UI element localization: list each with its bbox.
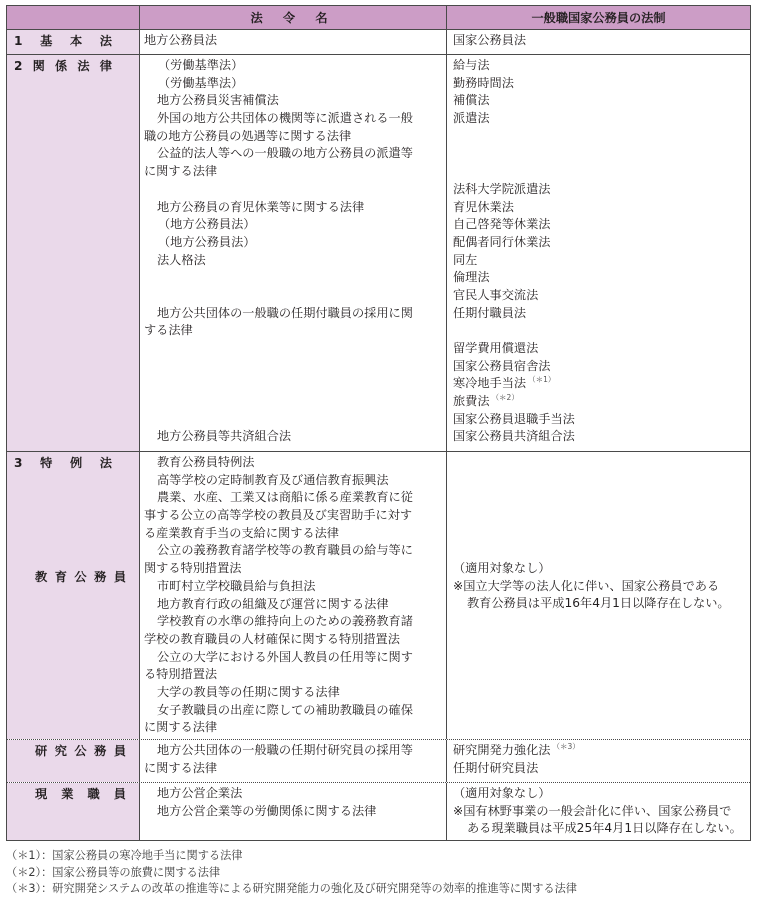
category-char: 2 [14,58,22,76]
category-char: 員 [114,743,126,761]
local-law-item: る特別措置法 [144,666,442,684]
not-applicable-label: （適用対象なし） [453,785,746,803]
category-char: 法 [77,58,89,76]
table-header-row: 法 令 名 一般職国家公務員の法制 [7,6,750,29]
category-char: 教 [35,569,47,587]
category-char: 員 [114,786,126,804]
local-law-item: る産業教育手当の支給に関する法律 [144,525,442,543]
local-law-item [144,340,442,358]
national-law-item: 法科大学院派遣法 [453,181,746,199]
local-law-item: 地方公務員災害補償法 [144,92,442,110]
local-laws-cell: 教育公務員特例法 高等学校の定時制教育及び通信教育振興法 農業、水産、工業又は商… [140,452,447,739]
local-law-item [144,358,442,376]
national-law-item: 国家公務員共済組合法 [453,428,746,446]
header-category [7,6,140,29]
local-law-item: 大学の教員等の任期に関する法律 [144,684,442,702]
footnote-1: （＊1）：国家公務員の寒冷地手当に関する法律 [6,848,577,865]
category-char: 育 [55,569,67,587]
local-law-item: 地方公務員の育児休業等に関する法律 [144,199,442,217]
national-law-item [453,163,746,181]
local-law-item: （地方公務員法） [144,234,442,252]
local-law-item: 教育公務員特例法 [144,454,442,472]
category-char: 1 [14,33,22,51]
category-basic-law: 1 基 本 法 [7,30,140,54]
category-char: 法 [100,455,112,473]
local-law-item [144,393,442,411]
local-laws-cell: 地方公共団体の一般職の任期付研究員の採用等 に関する法律 [140,740,447,782]
category-char: 例 [70,455,82,473]
local-law-item: 外国の地方公共団体の機関等に派遣される一般 [144,110,442,128]
table-row-related-laws: 2 関 係 法 律 （労働基準法） （労働基準法） 地方公務員災害補償法 外国の… [7,54,750,451]
local-law-item: 地方公共団体の一般職の任期付職員の採用に関 [144,305,442,323]
national-law-item: 国家公務員宿舎法 [453,358,746,376]
local-law-item: に関する法律 [144,719,442,737]
local-law-item [144,181,442,199]
category-char: 業 [61,786,73,804]
category-char: 究 [55,743,67,761]
category-char: 務 [94,743,106,761]
category-char: 基 [40,33,52,51]
local-law-item: 地方公務員等共済組合法 [144,428,442,446]
header-national-law: 一般職国家公務員の法制 [447,6,750,29]
local-law-item: 職の地方公務員の処遇等に関する法律 [144,128,442,146]
national-laws-cell: 国家公務員法 [447,30,750,54]
local-law-item [144,287,442,305]
category-char: 務 [94,569,106,587]
national-law-text: 寒冷地手当法 [453,376,526,390]
national-law-item: 育児休業法 [453,199,746,217]
local-law-item: （労働基準法） [144,75,442,93]
local-law-item: 公益的法人等への一般職の地方公務員の派遣等 [144,145,442,163]
category-char: 特 [40,455,52,473]
local-law-item: （地方公務員法） [144,216,442,234]
national-law-item: 補償法 [453,92,746,110]
law-comparison-table: 法 令 名 一般職国家公務員の法制 1 基 本 法 地方公務員法 国家公務員法 … [6,5,751,841]
local-law-item: 公立の義務教育諸学校等の教育職員の給与等に [144,542,442,560]
note-text: ある現業職員は平成25年4月1日以降存在しない。 [453,820,746,838]
national-law-item: 旅費法（＊2） [453,393,746,411]
category-char: 公 [74,569,86,587]
note-text: ※国有林野事業の一般会計化に伴い、国家公務員で [453,803,746,821]
category-char: 研 [35,743,47,761]
national-laws-cell: （適用対象なし） ※国有林野事業の一般会計化に伴い、国家公務員で ある現業職員は… [447,783,750,840]
category-char: 3 [14,455,22,473]
national-law-item: 派遣法 [453,110,746,128]
local-law-item: 学校の教育職員の人材確保に関する特別措置法 [144,631,442,649]
national-law-item [453,145,746,163]
local-law-item [144,269,442,287]
category-special-laws: 3 特 例 法 教 育 公 務 員 [7,452,140,739]
table-row-research-officials: 研 究 公 務 員 地方公共団体の一般職の任期付研究員の採用等 に関する法律 研… [7,739,750,782]
note-text: 教育公務員は平成16年4月1日以降存在しない。 [453,595,746,613]
national-law-item: 研究開発力強化法（＊3） [453,742,746,760]
local-law-item: 地方教育行政の組織及び運営に関する法律 [144,596,442,614]
national-law-item: 官民人事交流法 [453,287,746,305]
national-law-item: 国家公務員法 [453,32,746,50]
local-law-item [144,411,442,429]
local-laws-cell: 地方公営企業法 地方公営企業等の労働関係に関する法律 [140,783,447,840]
national-law-item: 自己啓発等休業法 [453,216,746,234]
category-char: 係 [55,58,67,76]
local-law-item: 地方公営企業等の労働関係に関する法律 [144,803,442,821]
subcategory-education-officials: 教 育 公 務 員 [35,569,126,587]
national-law-item: 配偶者同行休業法 [453,234,746,252]
local-law-item: 事する公立の高等学校の教員及び実習助手に対す [144,507,442,525]
note-text: ※国立大学等の法人化に伴い、国家公務員である [453,578,746,596]
national-law-text: 研究開発力強化法 [453,743,551,757]
footnotes: （＊1）：国家公務員の寒冷地手当に関する法律 （＊2）：国家公務員等の旅費に関す… [6,848,577,898]
category-char: 職 [88,786,100,804]
category-char: 員 [114,569,126,587]
category-char: 関 [33,58,45,76]
table-row-education-officials: 3 特 例 法 教 育 公 務 員 教育公務員特例法 高等学校の定時制教育及び通… [7,451,750,739]
table-row-basic-law: 1 基 本 法 地方公務員法 国家公務員法 [7,29,750,54]
national-law-item: 勤務時間法 [453,75,746,93]
local-law-item: 農業、水産、工業又は商船に係る産業教育に従 [144,489,442,507]
footnote-ref: （＊1） [528,375,555,384]
category-related-laws: 2 関 係 法 律 [7,55,140,451]
local-law-item [144,375,442,393]
category-char: 本 [70,33,82,51]
category-char: 法 [100,33,112,51]
footnote-ref: （＊2） [492,393,519,402]
national-law-item: 給与法 [453,57,746,75]
footnote-ref: （＊3） [553,742,580,751]
local-laws-cell: （労働基準法） （労働基準法） 地方公務員災害補償法 外国の地方公共団体の機関等… [140,55,447,451]
national-law-text: 旅費法 [453,394,490,408]
not-applicable-label: （適用対象なし） [453,560,746,578]
local-law-item: （労働基準法） [144,57,442,75]
national-law-item: 任期付職員法 [453,305,746,323]
category-char: 律 [100,58,112,76]
category-char: 公 [74,743,86,761]
local-law-item: 市町村立学校職員給与負担法 [144,578,442,596]
local-laws-cell: 地方公務員法 [140,30,447,54]
local-law-item: 公立の大学における外国人教員の任用等に関す [144,649,442,667]
national-laws-cell: （適用対象なし） ※国立大学等の法人化に伴い、国家公務員である 教育公務員は平成… [447,452,750,739]
national-law-item: 留学費用償還法 [453,340,746,358]
header-law-name: 法 令 名 [140,6,447,29]
local-law-item: に関する法律 [144,163,442,181]
national-law-item: 国家公務員退職手当法 [453,411,746,429]
local-law-item: 高等学校の定時制教育及び通信教育振興法 [144,472,442,490]
table-row-field-workers: 現 業 職 員 地方公営企業法 地方公営企業等の労働関係に関する法律 （適用対象… [7,782,750,840]
footnote-3: （＊3）：研究開発システムの改革の推進等による研究開発能力の強化及び研究開発等の… [6,881,577,898]
national-law-item [453,128,746,146]
national-laws-cell: 給与法 勤務時間法 補償法 派遣法 法科大学院派遣法 育児休業法 自己啓発等休業… [447,55,750,451]
category-field-workers: 現 業 職 員 [7,783,140,840]
local-law-item: 法人格法 [144,252,442,270]
national-law-item: 任期付研究員法 [453,760,746,778]
category-char: 現 [35,786,47,804]
local-law-item: 学校教育の水準の維持向上のための義務教育諸 [144,613,442,631]
national-law-item: 倫理法 [453,269,746,287]
local-law-item: 女子教職員の出産に際しての補助教職員の確保 [144,702,442,720]
local-law-item: する法律 [144,322,442,340]
footnote-2: （＊2）：国家公務員等の旅費に関する法律 [6,865,577,882]
local-law-item: 関する特別措置法 [144,560,442,578]
local-law-item: に関する法律 [144,760,442,778]
category-research-officials: 研 究 公 務 員 [7,740,140,782]
local-law-item: 地方公営企業法 [144,785,442,803]
national-law-item: 同左 [453,252,746,270]
national-laws-cell: 研究開発力強化法（＊3） 任期付研究員法 [447,740,750,782]
national-law-item: 寒冷地手当法（＊1） [453,375,746,393]
local-law-item: 地方公務員法 [144,32,442,50]
national-law-item [453,322,746,340]
local-law-item: 地方公共団体の一般職の任期付研究員の採用等 [144,742,442,760]
